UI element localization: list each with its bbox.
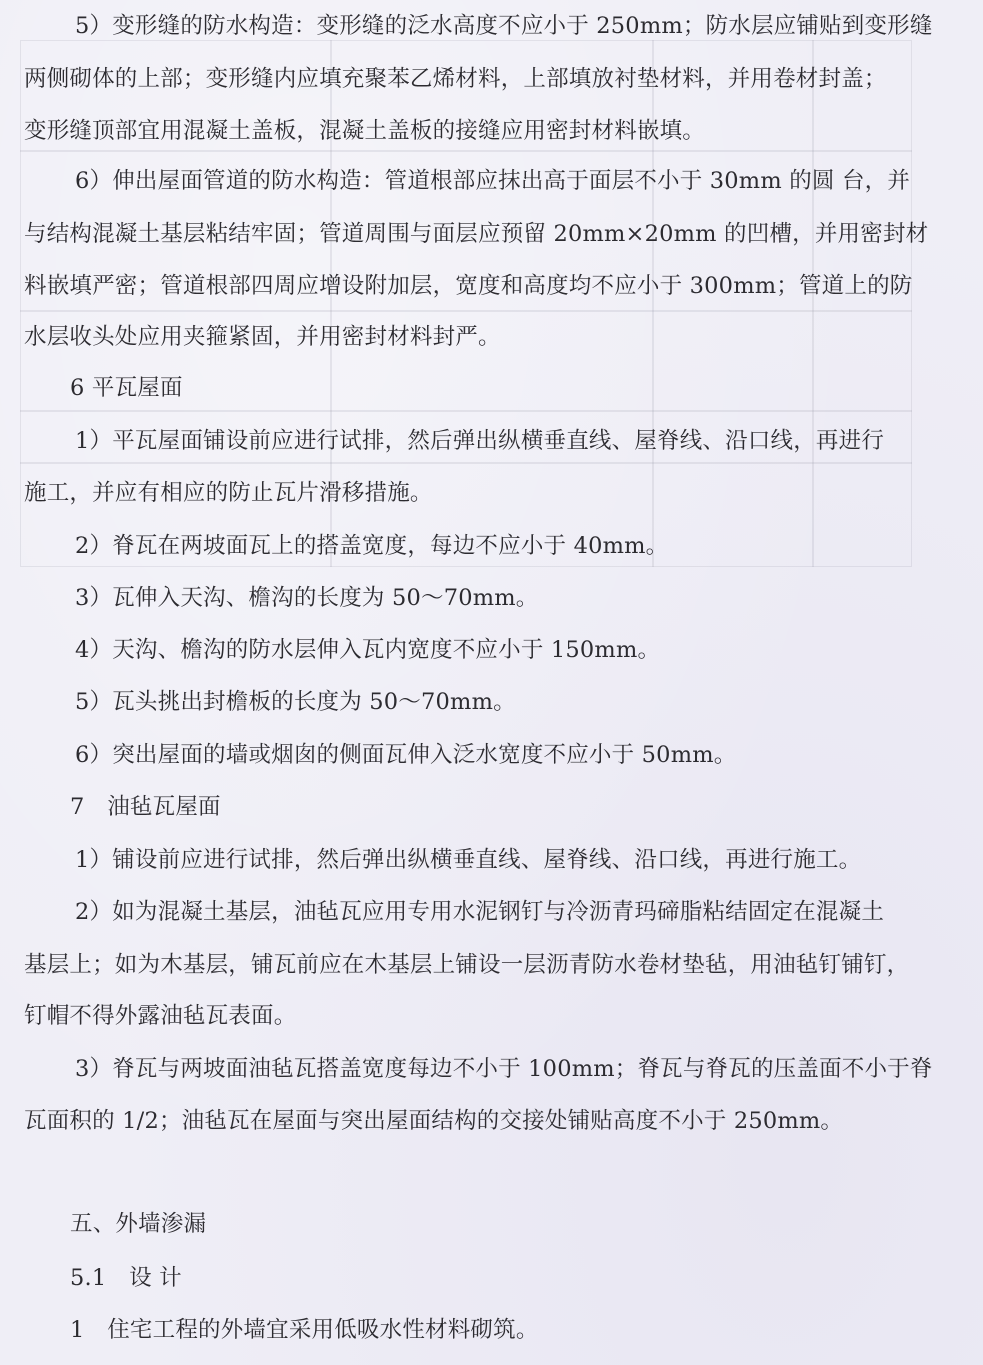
list-item: 1 住宅工程的外墙宜采用低吸水性材料砌筑。 — [70, 1315, 539, 1345]
list-item: 3）瓦伸入天沟、檐沟的长度为 50～70mm。 — [75, 583, 539, 613]
list-item: 基层上；如为木基层，铺瓦前应在木基层上铺设一层沥青防水卷材垫毡，用油毡钉铺钉， — [24, 950, 909, 980]
chapter-heading: 五、外墙渗漏 — [70, 1209, 206, 1239]
bleed-through-rule — [20, 310, 912, 312]
list-item: 钉帽不得外露油毡瓦表面。 — [24, 1001, 296, 1031]
paragraph-line: 6）伸出屋面管道的防水构造：管道根部应抹出高于面层不小于 30mm 的圆 台，并 — [75, 166, 910, 196]
list-item: 2）如为混凝土基层，油毡瓦应用专用水泥钢钉与冷沥青玛碲脂粘结固定在混凝土 — [75, 897, 884, 927]
list-item: 6）突出屋面的墙或烟囱的侧面瓦伸入泛水宽度不应小于 50mm。 — [75, 740, 736, 770]
section-heading: 6 平瓦屋面 — [70, 373, 183, 403]
section-heading: 7 油毡瓦屋面 — [70, 792, 221, 822]
paragraph-line: 水层收头处应用夹箍紧固，并用密封材料封严。 — [24, 322, 501, 352]
scanned-page: 5）变形缝的防水构造：变形缝的泛水高度不应小于 250mm；防水层应铺贴到变形缝… — [0, 0, 983, 1365]
list-item: 1）平瓦屋面铺设前应进行试排，然后弹出纵横垂直线、屋脊线、沿口线，再进行 — [75, 426, 884, 456]
list-item: 施工，并应有相应的防止瓦片滑移措施。 — [24, 478, 433, 508]
paragraph-line: 料嵌填严密；管道根部四周应增设附加层，宽度和高度均不应小于 300mm；管道上的… — [24, 271, 912, 301]
bleed-through-col — [812, 40, 814, 567]
paragraph-line: 5）变形缝的防水构造：变形缝的泛水高度不应小于 250mm；防水层应铺贴到变形缝 — [75, 11, 933, 41]
list-item: 1）铺设前应进行试排，然后弹出纵横垂直线、屋脊线、沿口线，再进行施工。 — [75, 845, 861, 875]
paragraph-line: 变形缝顶部宜用混凝土盖板，混凝土盖板的接缝应用密封材料嵌填。 — [24, 116, 705, 146]
list-item: 5）瓦头挑出封檐板的长度为 50～70mm。 — [75, 687, 516, 717]
paragraph-line: 两侧砌体的上部；变形缝内应填充聚苯乙烯材料，上部填放衬垫材料，并用卷材封盖； — [24, 64, 887, 94]
bleed-through-rule — [20, 410, 912, 412]
list-item: 4）天沟、檐沟的防水层伸入瓦内宽度不应小于 150mm。 — [75, 635, 660, 665]
list-item: 2）脊瓦在两坡面瓦上的搭盖宽度，每边不应小于 40mm。 — [75, 531, 668, 561]
list-item: 瓦面积的 1/2；油毡瓦在屋面与突出屋面结构的交接处铺贴高度不小于 250mm。 — [24, 1106, 843, 1136]
bleed-through-rule — [20, 462, 912, 464]
paragraph-line: 与结构混凝土基层粘结牢固；管道周围与面层应预留 20mm×20mm 的凹槽，并用… — [24, 219, 928, 249]
subsection-heading: 5.1 设 计 — [70, 1263, 182, 1293]
bleed-through-rule — [20, 150, 912, 152]
list-item: 3）脊瓦与两坡面油毡瓦搭盖宽度每边不小于 100mm；脊瓦与脊瓦的压盖面不小于脊 — [75, 1054, 933, 1084]
